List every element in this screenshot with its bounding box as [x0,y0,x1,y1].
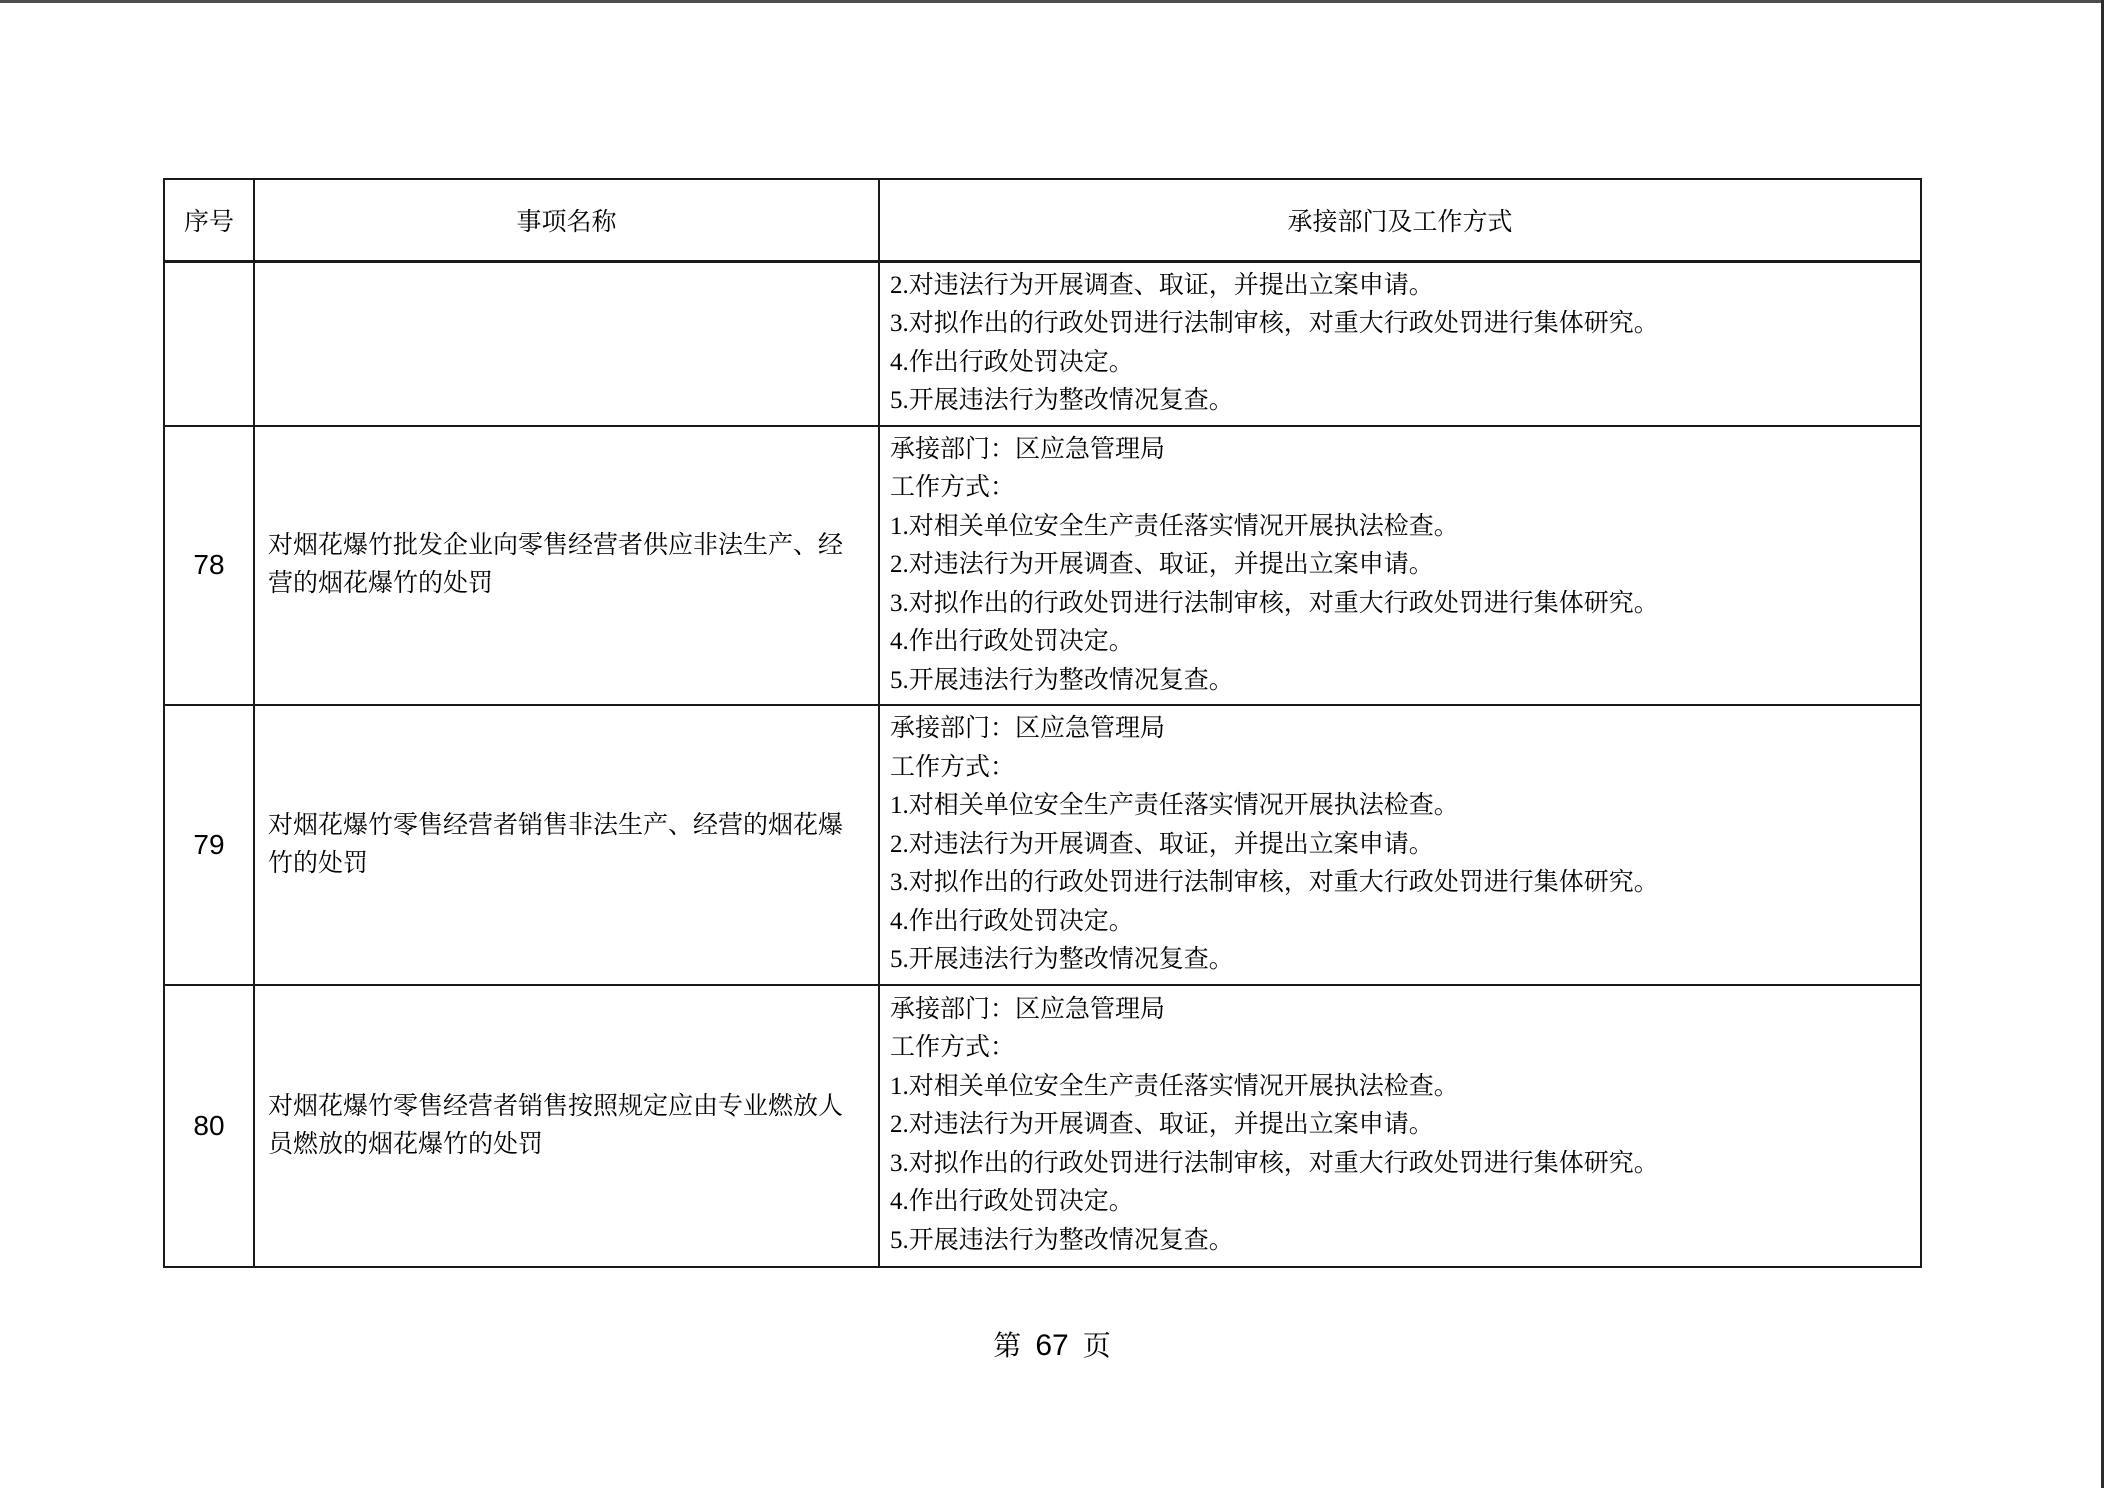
header-item-name: 事项名称 [254,179,879,261]
document-table: 序号 事项名称 承接部门及工作方式 2.对违法行为开展调查、取证，并提出立案申请… [163,178,1922,1268]
method-line: 承接部门：区应急管理局 [890,710,1910,749]
method-cell: 承接部门：区应急管理局 工作方式： 1.对相关单位安全生产责任落实情况开展执法检… [879,426,1921,706]
method-line: 5.开展违法行为整改情况复查。 [890,1222,1910,1261]
method-cell: 承接部门：区应急管理局 工作方式： 1.对相关单位安全生产责任落实情况开展执法检… [879,705,1921,985]
method-line: 3.对拟作出的行政处罚进行法制审核，对重大行政处罚进行集体研究。 [890,305,1910,344]
method-line: 2.对违法行为开展调查、取证，并提出立案申请。 [890,826,1910,865]
method-line: 工作方式： [890,1029,1910,1068]
window-top-border [0,0,2104,3]
method-line: 工作方式： [890,749,1910,788]
serial-number-cell: 78 [164,426,254,706]
method-line: 5.开展违法行为整改情况复查。 [890,941,1910,980]
serial-number-cell: 80 [164,985,254,1267]
method-line: 2.对违法行为开展调查、取证，并提出立案申请。 [890,546,1910,585]
method-cell: 2.对违法行为开展调查、取证，并提出立案申请。 3.对拟作出的行政处罚进行法制审… [879,261,1921,426]
table-row-79: 79 对烟花爆竹零售经营者销售非法生产、经营的烟花爆竹的处罚 承接部门：区应急管… [164,705,1921,985]
method-line: 承接部门：区应急管理局 [890,431,1910,470]
method-line: 1.对相关单位安全生产责任落实情况开展执法检查。 [890,1068,1910,1107]
method-line: 1.对相关单位安全生产责任落实情况开展执法检查。 [890,508,1910,547]
page-footer-suffix: 页 [1083,1331,1111,1362]
item-name-cell: 对烟花爆竹批发企业向零售经营者供应非法生产、经营的烟花爆竹的处罚 [254,426,879,706]
header-serial-number: 序号 [164,179,254,261]
method-line: 4.作出行政处罚决定。 [890,623,1910,662]
item-name-cell: 对烟花爆竹零售经营者销售按照规定应由专业燃放人员燃放的烟花爆竹的处罚 [254,985,879,1267]
method-line: 承接部门：区应急管理局 [890,991,1910,1030]
serial-number-cell [164,261,254,426]
method-line: 3.对拟作出的行政处罚进行法制审核，对重大行政处罚进行集体研究。 [890,864,1910,903]
method-line: 5.开展违法行为整改情况复查。 [890,382,1910,421]
method-line: 工作方式： [890,469,1910,508]
method-line: 4.作出行政处罚决定。 [890,1183,1910,1222]
table-row-80: 80 对烟花爆竹零售经营者销售按照规定应由专业燃放人员燃放的烟花爆竹的处罚 承接… [164,985,1921,1267]
method-line: 3.对拟作出的行政处罚进行法制审核，对重大行政处罚进行集体研究。 [890,585,1910,624]
item-name-cell: 对烟花爆竹零售经营者销售非法生产、经营的烟花爆竹的处罚 [254,705,879,985]
method-line: 4.作出行政处罚决定。 [890,344,1910,383]
method-line: 1.对相关单位安全生产责任落实情况开展执法检查。 [890,787,1910,826]
serial-number-cell: 79 [164,705,254,985]
method-line: 4.作出行政处罚决定。 [890,903,1910,942]
page-footer: 第67页 [0,1324,2104,1364]
table-row-78: 78 对烟花爆竹批发企业向零售经营者供应非法生产、经营的烟花爆竹的处罚 承接部门… [164,426,1921,706]
table-header-row: 序号 事项名称 承接部门及工作方式 [164,179,1921,261]
page-number: 67 [1035,1329,1068,1362]
page-footer-prefix: 第 [993,1331,1021,1362]
method-line: 2.对违法行为开展调查、取证，并提出立案申请。 [890,267,1910,306]
header-department-method: 承接部门及工作方式 [879,179,1921,261]
method-cell: 承接部门：区应急管理局 工作方式： 1.对相关单位安全生产责任落实情况开展执法检… [879,985,1921,1267]
method-line: 5.开展违法行为整改情况复查。 [890,662,1910,701]
item-name-cell [254,261,879,426]
method-line: 3.对拟作出的行政处罚进行法制审核，对重大行政处罚进行集体研究。 [890,1145,1910,1184]
method-line: 2.对违法行为开展调查、取证，并提出立案申请。 [890,1106,1910,1145]
table-row-continuation: 2.对违法行为开展调查、取证，并提出立案申请。 3.对拟作出的行政处罚进行法制审… [164,261,1921,426]
